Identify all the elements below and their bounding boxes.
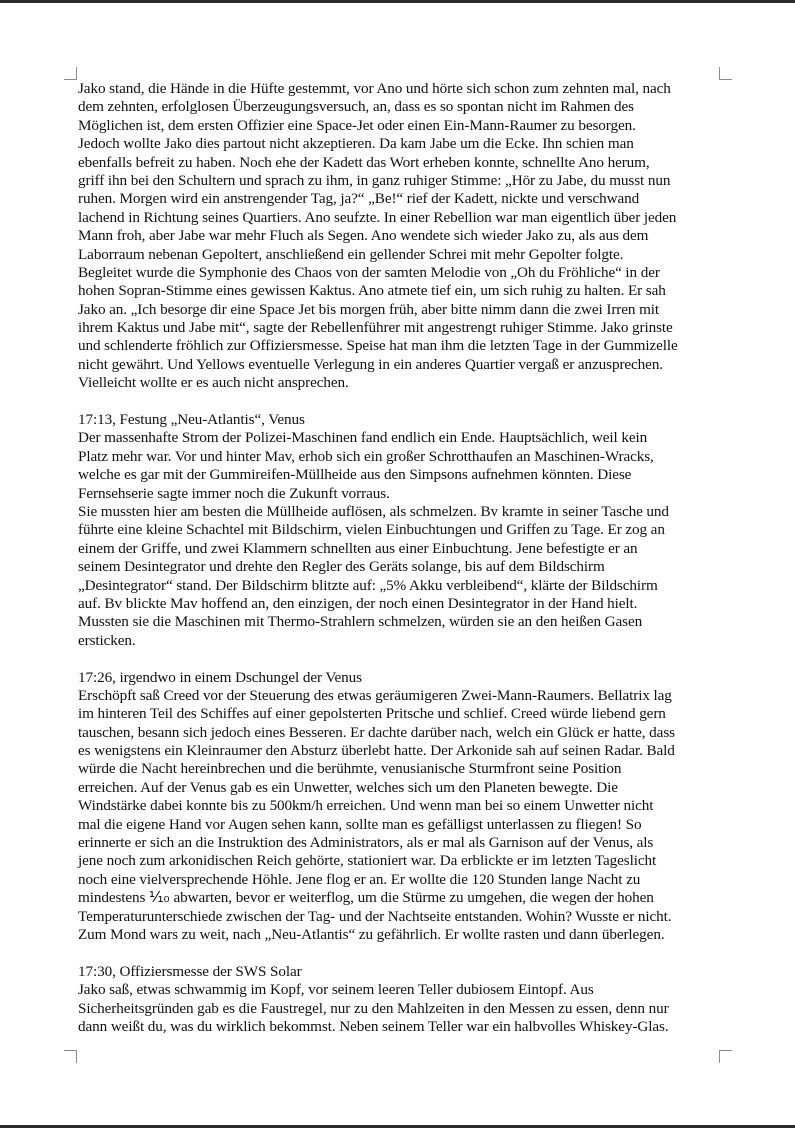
text-line: Jako stand, die Hände in die Hüfte geste… (78, 80, 723, 98)
text-line: Jedoch wollte Jako dies partout nicht ak… (78, 135, 723, 153)
text-line: im hinteren Teil des Schiffes auf einer … (78, 705, 723, 723)
section-heading: 17:30, Offiziersmesse der SWS Solar (78, 963, 723, 981)
text-line: tauschen, besann sich jedoch eines Besse… (78, 724, 723, 742)
section-dschungel-venus: 17:26, irgendwo in einem Dschungel der V… (78, 669, 723, 945)
text-line: welche es gar mit der Gummireifen-Müllhe… (78, 466, 723, 484)
text-line: lachend in Richtung seines Quartiers. An… (78, 209, 723, 227)
text-line: Möglichen ist, dem ersten Offizier eine … (78, 117, 723, 135)
text-line: Laborraum nebenan Gepoltert, anschließen… (78, 246, 723, 264)
text-line: nicht gewährt. Und Yellows eventuelle Ve… (78, 356, 723, 374)
paragraph-gap (78, 393, 723, 411)
text-line: Zum Mond wars zu weit, nach „Neu-Atlanti… (78, 926, 723, 944)
paragraph-gap (78, 650, 723, 668)
text-line: einem der Griffe, und zwei Klammern schn… (78, 540, 723, 558)
text-line: Der massenhafte Strom der Polizei-Maschi… (78, 429, 723, 447)
document-page: Jako stand, die Hände in die Hüfte geste… (0, 3, 795, 1125)
text-line: dem zehnten, erfolglosen Überzeugungsver… (78, 98, 723, 116)
section-festung-neu-atlantis: 17:13, Festung „Neu-Atlantis“, Venus Der… (78, 411, 723, 650)
text-line: Jako saß, etwas schwammig im Kopf, vor s… (78, 981, 723, 999)
text-line: Fernsehserie sagte immer noch die Zukunf… (78, 485, 723, 503)
text-line: auf. Bv blickte Mav hoffend an, den einz… (78, 595, 723, 613)
text-line: Mussten sie die Maschinen mit Thermo-Str… (78, 613, 723, 631)
text-line: Sicherheitsgründen gab es die Faustregel… (78, 1000, 723, 1018)
text-line: Sie mussten hier am besten die Müllheide… (78, 503, 723, 521)
text-line: ebenfalls befreit zu haben. Noch ehe der… (78, 154, 723, 172)
text-line: hohen Sopran-Stimme eines gewissen Kaktu… (78, 282, 723, 300)
text-line: ersticken. (78, 632, 723, 650)
text-line: Vielleicht wollte er es auch nicht anspr… (78, 374, 723, 392)
text-line: erinnerte er sich an die Instruktion des… (78, 834, 723, 852)
text-line: würde die Nacht hereinbrechen und die be… (78, 760, 723, 778)
text-line: dann weißt du, was du wirklich bekommst.… (78, 1018, 723, 1036)
text-line: erreichen. Auf der Venus gab es ein Unwe… (78, 779, 723, 797)
text-line: Temperaturunterschiede zwischen der Tag-… (78, 908, 723, 926)
text-line: noch eine vielversprechende Höhle. Jene … (78, 871, 723, 889)
text-line: mindestens ⅒ abwarten, bevor er weiterfl… (78, 889, 723, 907)
margin-corner-mark-top-right (719, 67, 732, 80)
text-line: Windstärke dabei konnte bis zu 500km/h e… (78, 797, 723, 815)
text-line: mal die eigene Hand vor Augen sehen kann… (78, 816, 723, 834)
text-line: Begleitet wurde die Symphonie des Chaos … (78, 264, 723, 282)
text-line: Mann froh, aber Jabe war mehr Fluch als … (78, 227, 723, 245)
text-line: es wenigstens ein Kleinraumer den Abstur… (78, 742, 723, 760)
text-line: jene noch zum arkonidischen Reich gehört… (78, 852, 723, 870)
document-body-text[interactable]: Jako stand, die Hände in die Hüfte geste… (78, 80, 723, 1036)
section-opening: Jako stand, die Hände in die Hüfte geste… (78, 80, 723, 393)
text-line: ihrem Kaktus und Jabe mit“, sagte der Re… (78, 319, 723, 337)
text-line: ruhen. Morgen wird ein anstrengender Tag… (78, 190, 723, 208)
text-line: Erschöpft saß Creed vor der Steuerung de… (78, 687, 723, 705)
text-line: Jako an. „Ich besorge dir eine Space Jet… (78, 301, 723, 319)
text-line: führte eine kleine Schachtel mit Bildsch… (78, 521, 723, 539)
margin-corner-mark-bottom-left (64, 1050, 77, 1063)
section-offiziersmesse: 17:30, Offiziersmesse der SWS Solar Jako… (78, 963, 723, 1037)
margin-corner-mark-top-left (64, 67, 77, 80)
text-line: und schlenderte fröhlich zur Offiziersme… (78, 337, 723, 355)
paragraph-gap (78, 944, 723, 962)
text-line: „Desintegrator“ stand. Der Bildschirm bl… (78, 577, 723, 595)
text-line: Platz mehr war. Vor und hinter Mav, erho… (78, 448, 723, 466)
margin-corner-mark-bottom-right (719, 1050, 732, 1063)
section-heading: 17:13, Festung „Neu-Atlantis“, Venus (78, 411, 723, 429)
text-line: griff ihn bei den Schultern und sprach z… (78, 172, 723, 190)
section-heading: 17:26, irgendwo in einem Dschungel der V… (78, 669, 723, 687)
text-line: seinem Desintegrator und drehte den Regl… (78, 558, 723, 576)
